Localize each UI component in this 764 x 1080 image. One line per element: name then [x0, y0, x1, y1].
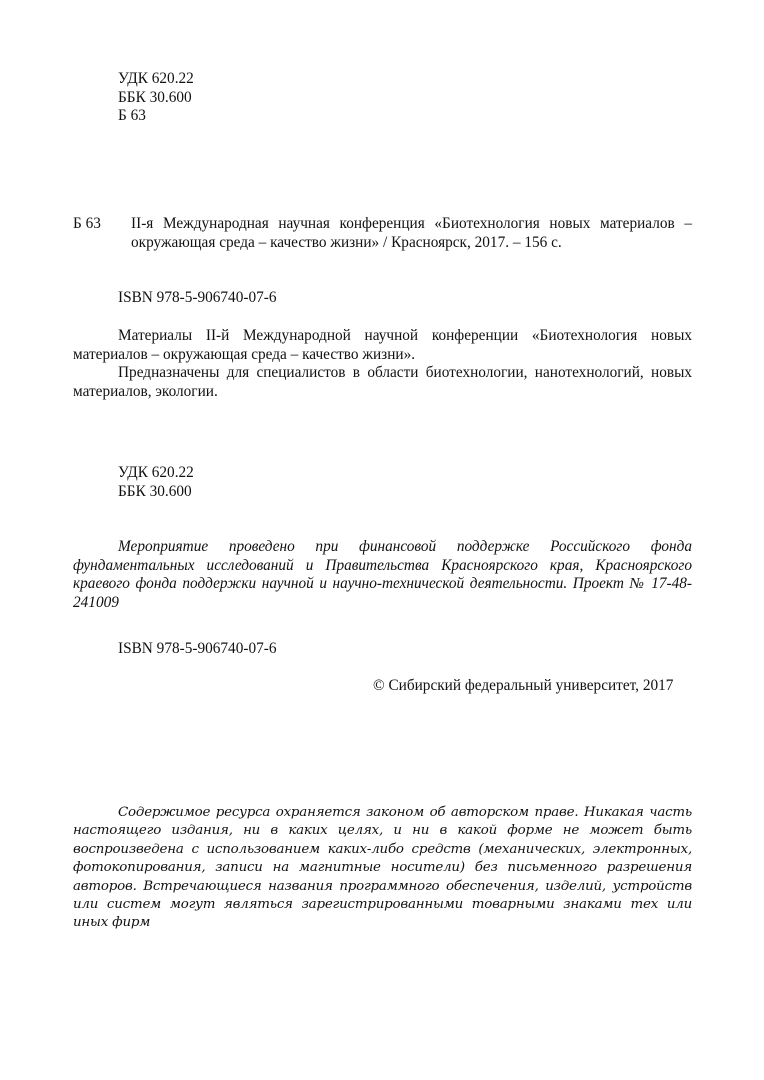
- funding-note-text: Мероприятие проведено при финансовой под…: [73, 538, 692, 612]
- bibliographic-line-2: окружающая среда – качество жизни» / Кра…: [131, 234, 692, 253]
- annotation: Материалы II-й Международной научной кон…: [73, 327, 692, 401]
- bbk-code: ББК 30.600: [118, 89, 194, 108]
- classification-codes-top: УДК 620.22 ББК 30.600 Б 63: [118, 70, 194, 126]
- copyright-notice-text: Содержимое ресурса охраняется законом об…: [73, 804, 692, 933]
- bibliographic-entry: II-я Международная научная конференция «…: [131, 215, 692, 252]
- author-mark: Б 63: [118, 107, 194, 126]
- isbn-bottom: ISBN 978-5-906740-07-6: [118, 640, 276, 659]
- classification-codes-repeat: УДК 620.22 ББК 30.600: [118, 464, 194, 501]
- document-page: УДК 620.22 ББК 30.600 Б 63 Б 63 II-я Меж…: [0, 0, 764, 1080]
- copyright-line: © Сибирский федеральный университет, 201…: [373, 677, 673, 696]
- bbk-code-repeat: ББК 30.600: [118, 483, 194, 502]
- isbn-top: ISBN 978-5-906740-07-6: [118, 289, 276, 308]
- bibliographic-line-1: II-я Международная научная конференция «…: [131, 215, 692, 234]
- copyright-notice: Содержимое ресурса охраняется законом об…: [73, 804, 692, 933]
- udk-code: УДК 620.22: [118, 70, 194, 89]
- annotation-paragraph-2: Предназначены для специалистов в области…: [73, 364, 692, 401]
- annotation-paragraph-1: Материалы II-й Международной научной кон…: [73, 327, 692, 364]
- bibliographic-mark: Б 63: [73, 215, 101, 234]
- funding-note: Мероприятие проведено при финансовой под…: [73, 538, 692, 612]
- udk-code-repeat: УДК 620.22: [118, 464, 194, 483]
